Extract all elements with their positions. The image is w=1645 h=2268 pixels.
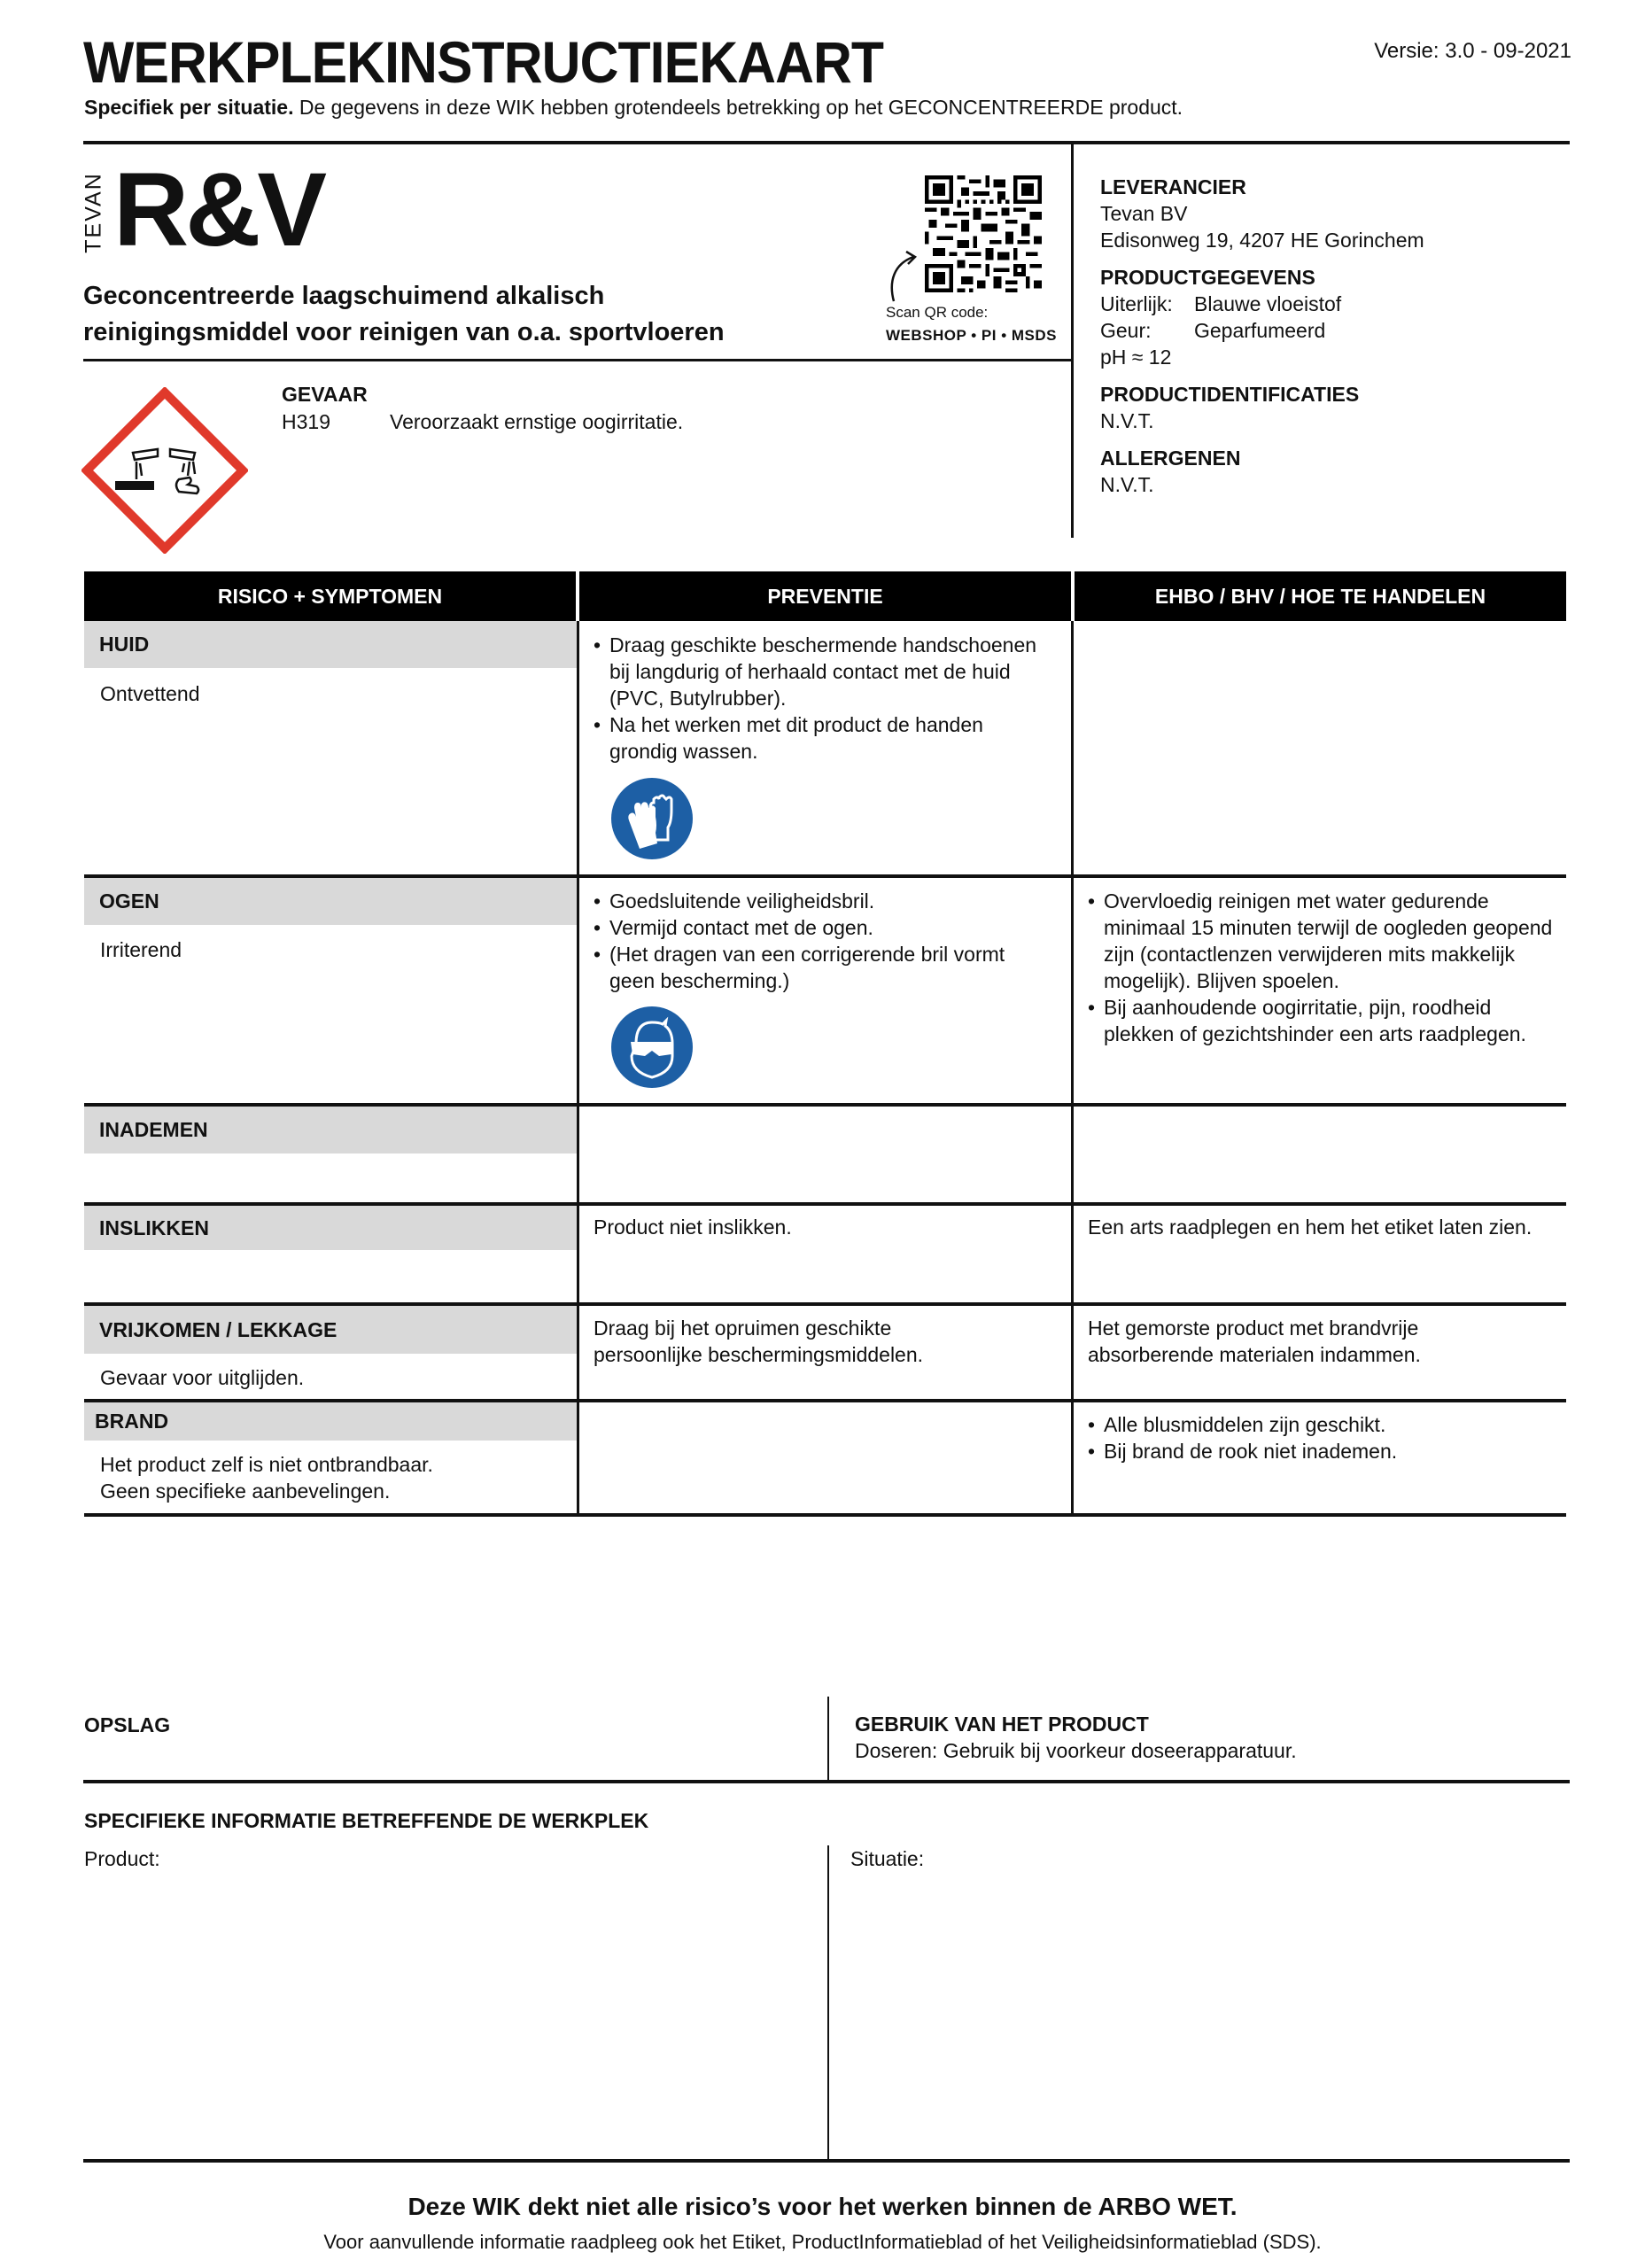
qr-links[interactable]: WEBSHOP • PI • MSDS	[886, 324, 1057, 347]
workplace-divider	[827, 1845, 829, 2161]
product-data-title: PRODUCTGEGEVENS	[1100, 264, 1596, 291]
column-header-first-aid: EHBO / BHV / HOE TE HANDELEN	[1075, 571, 1566, 621]
appearance-label: Uiterlijk:	[1100, 291, 1194, 317]
logo-tevan: TEVAN	[76, 174, 112, 252]
odor-label: Geur:	[1100, 317, 1194, 344]
row-label-inhalation: INADEMEN	[84, 1107, 577, 1153]
usage-title: GEBRUIK VAN HET PRODUCT	[855, 1713, 1149, 1736]
header-divider	[83, 141, 1570, 144]
supplier-name: Tevan BV	[1100, 200, 1596, 227]
prevention-ingestion: Product niet inslikken.	[594, 1214, 1054, 1240]
row-label-ingestion: INSLIKKEN	[84, 1206, 577, 1250]
subtitle-bold: Specifiek per situatie.	[84, 96, 293, 119]
row-label-spill: VRIJKOMEN / LEKKAGE	[84, 1306, 577, 1354]
prevention-eyes: Goedsluitende veiligheidsbril. Vermijd c…	[594, 888, 1054, 994]
allergens-title: ALLERGENEN	[1100, 445, 1596, 471]
prevention-item: Vermijd contact met de ogen.	[594, 914, 1054, 941]
logo-tevan-text: TEVAN	[81, 172, 107, 253]
workplace-product-label: Product:	[84, 1847, 160, 1871]
subtitle: Specifiek per situatie. De gegevens in d…	[84, 96, 1183, 120]
workplace-bottom-divider	[83, 2159, 1570, 2163]
symptom-spill: Gevaar voor uitglijden.	[100, 1364, 304, 1391]
first-aid-eyes: Overvloedig reinigen met water gedurende…	[1088, 888, 1557, 1047]
first-aid-ingestion: Een arts raadplegen en hem het etiket la…	[1088, 1214, 1548, 1240]
allergens-block: ALLERGENEN N.V.T.	[1100, 445, 1596, 498]
gloves-icon	[609, 776, 694, 861]
ph-value: pH ≈ 12	[1100, 344, 1596, 370]
identifications-title: PRODUCTIDENTIFICATIES	[1100, 381, 1596, 408]
supplier-title: LEVERANCIER	[1100, 174, 1596, 200]
appearance-value: Blauwe vloeistof	[1194, 291, 1341, 317]
version-label: Versie: 3.0 - 09-2021	[1374, 39, 1571, 64]
prevention-skin: Draag geschikte beschermende handschoene…	[594, 632, 1054, 765]
symptom-skin: Ontvettend	[100, 680, 200, 707]
product-data-block: PRODUCTGEGEVENS Uiterlijk:Blauwe vloeist…	[1100, 264, 1596, 370]
workplace-title: SPECIFIEKE INFORMATIE BETREFFENDE DE WER…	[84, 1809, 648, 1833]
prevention-item: (Het dragen van een corrigerende bril vo…	[594, 941, 1054, 994]
row-label-skin: HUID	[84, 621, 577, 668]
safety-goggles-icon	[609, 1005, 694, 1090]
product-name-divider	[83, 359, 1073, 361]
hazard-statement: Veroorzaakt ernstige oogirritatie.	[390, 410, 683, 434]
symptom-eyes: Irriterend	[100, 936, 182, 963]
storage-usage-divider	[827, 1697, 829, 1780]
first-aid-item: Bij brand de rook niet inademen.	[1088, 1438, 1548, 1464]
row-label-eyes: OGEN	[84, 878, 577, 925]
row-label-fire: BRAND	[84, 1402, 577, 1441]
qr-caption: Scan QR code: WEBSHOP • PI • MSDS	[886, 301, 1057, 346]
header-vertical-divider	[1071, 143, 1074, 538]
first-aid-fire: Alle blusmiddelen zijn geschikt. Bij bra…	[1088, 1411, 1548, 1464]
prevention-item: Draag geschikte beschermende handschoene…	[594, 632, 1054, 711]
workplace-situation-label: Situatie:	[850, 1847, 924, 1871]
qr-caption-text: Scan QR code:	[886, 301, 1057, 324]
first-aid-item: Bij aanhoudende oogirritatie, pijn, rood…	[1088, 994, 1557, 1047]
product-name: Geconcentreerde laagschuimend alkalisch …	[83, 278, 725, 352]
hazard-code: H319	[282, 410, 330, 434]
symptom-fire-line2: Geen specifieke aanbevelingen.	[100, 1478, 433, 1504]
product-info-panel: LEVERANCIER Tevan BV Edisonweg 19, 4207 …	[1100, 174, 1596, 509]
usage-divider	[83, 1780, 1570, 1783]
document-title: WERKPLEKINSTRUCTIEKAART	[83, 28, 883, 96]
footer-disclaimer: Deze WIK dekt niet alle risico’s voor he…	[0, 2193, 1645, 2221]
table-column-divider	[577, 621, 579, 1515]
odor-value: Geparfumeerd	[1194, 317, 1325, 344]
identifications-block: PRODUCTIDENTIFICATIES N.V.T.	[1100, 381, 1596, 434]
storage-title: OPSLAG	[84, 1713, 170, 1737]
supplier-block: LEVERANCIER Tevan BV Edisonweg 19, 4207 …	[1100, 174, 1596, 253]
column-header-risk: RISICO + SYMPTOMEN	[84, 571, 576, 621]
footer-reference: Voor aanvullende informatie raadpleeg oo…	[0, 2231, 1645, 2254]
first-aid-item: Overvloedig reinigen met water gedurende…	[1088, 888, 1557, 994]
supplier-address: Edisonweg 19, 4207 HE Gorinchem	[1100, 227, 1596, 253]
table-bottom-border	[84, 1513, 1566, 1517]
identifications-value: N.V.T.	[1100, 408, 1596, 434]
product-name-line2: reinigingsmiddel voor reinigen van o.a. …	[83, 315, 725, 351]
prevention-item: Goedsluitende veiligheidsbril.	[594, 888, 1054, 914]
table-column-divider	[1071, 621, 1074, 1515]
prevention-item: Na het werken met dit product de handen …	[594, 711, 1054, 765]
first-aid-spill: Het gemorste product met brandvrije abso…	[1088, 1315, 1469, 1368]
hazard-title: GEVAAR	[282, 383, 368, 407]
prevention-spill: Draag bij het opruimen geschikte persoon…	[594, 1315, 983, 1368]
usage-text: Doseren: Gebruik bij voorkeur doseerappa…	[855, 1739, 1297, 1763]
allergens-value: N.V.T.	[1100, 471, 1596, 498]
qr-code-icon[interactable]	[925, 175, 1042, 292]
first-aid-item: Alle blusmiddelen zijn geschikt.	[1088, 1411, 1548, 1438]
symptom-fire: Het product zelf is niet ontbrandbaar. G…	[100, 1451, 433, 1504]
curved-arrow-icon	[888, 248, 920, 303]
ghs05-corrosion-icon	[81, 387, 248, 554]
product-name-line1: Geconcentreerde laagschuimend alkalisch	[83, 278, 725, 315]
logo-rv: R&V	[113, 158, 323, 262]
symptom-fire-line1: Het product zelf is niet ontbrandbaar.	[100, 1451, 433, 1478]
column-header-prevention: PREVENTIE	[579, 571, 1071, 621]
subtitle-text: De gegevens in deze WIK hebben grotendee…	[293, 96, 1183, 119]
